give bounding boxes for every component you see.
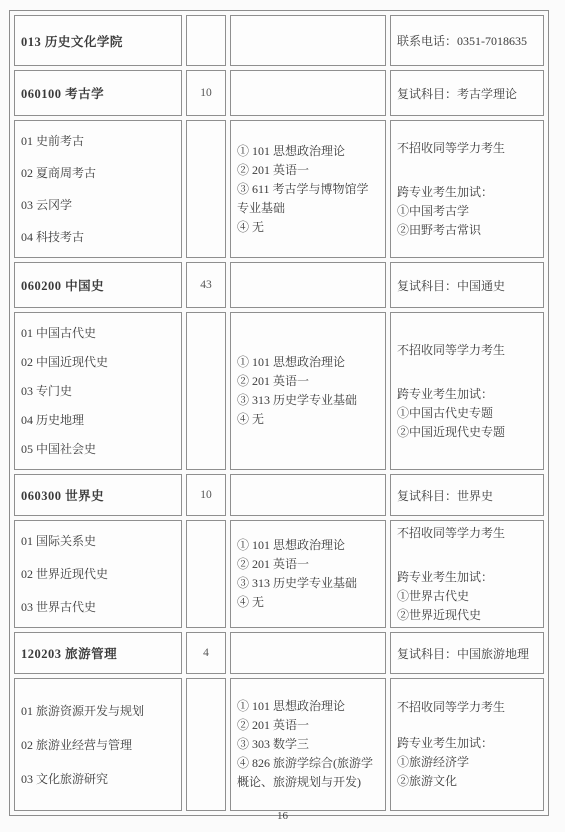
directions-row-tourism: 01 旅游资源开发与规划 02 旅游业经营与管理 03 文化旅游研究 ① 101… (14, 678, 544, 811)
admissions-table: 013 历史文化学院 联系电话：0351-7018635 060100 考古学 … (9, 10, 549, 816)
major-row-archaeology: 060100 考古学 10 复试科目：考古学理论 (14, 70, 544, 116)
empty-cell (230, 15, 386, 66)
major-title: 120203 旅游管理 (21, 647, 117, 661)
directions-row-chinese-history: 01 中国古代史 02 中国近现代史 03 专门史 04 历史地理 05 中国社… (14, 312, 544, 470)
direction-item: 03 文化旅游研究 (21, 762, 175, 796)
exam-subjects-cell: ① 101 思想政治理论 ② 201 英语一 ③ 611 考古学与博物馆学专业基… (230, 120, 386, 258)
quota-value: 43 (200, 279, 212, 291)
addtest-label: 跨专业考生加试： (397, 568, 537, 587)
direction-item: 03 世界古代史 (21, 591, 175, 624)
major-title: 060200 中国史 (21, 279, 104, 293)
exam-subject-item: ④ 826 旅游学综合(旅游学概论、旅游规划与开发) (237, 754, 379, 792)
exam-subject-item: ② 201 英语一 (237, 716, 379, 735)
retest-cell: 复试科目：中国旅游地理 (390, 632, 544, 674)
addtest-label: 跨专业考生加试： (397, 183, 537, 202)
exam-subjects-cell: ① 101 思想政治理论 ② 201 英语一 ③ 303 数学三 ④ 826 旅… (230, 678, 386, 811)
no-equivalent-note: 不招收同等学力考生 (397, 139, 537, 158)
exam-subject-item: ④ 无 (237, 593, 379, 612)
exam-subject-list: ① 101 思想政治理论 ② 201 英语一 ③ 611 考古学与博物馆学专业基… (237, 142, 379, 237)
exam-subject-item: ① 101 思想政治理论 (237, 697, 379, 716)
exam-subject-item: ③ 303 数学三 (237, 735, 379, 754)
retest-cell: 复试科目：考古学理论 (390, 70, 544, 116)
exam-subject-item: ② 201 英语一 (237, 555, 379, 574)
quota-cell: 4 (186, 632, 226, 674)
addtest-item: ①世界古代史 (397, 587, 537, 606)
exam-subject-item: ② 201 英语一 (237, 372, 379, 391)
notes-cell: 不招收同等学力考生 跨专业考生加试： ①世界古代史 ②世界近现代史 (390, 520, 544, 628)
empty-cell (186, 120, 226, 258)
no-equivalent-note: 不招收同等学力考生 (397, 341, 537, 360)
exam-subject-item: ④ 无 (237, 218, 379, 237)
addtest-item: ①中国考古学 (397, 202, 537, 221)
no-equivalent-note: 不招收同等学力考生 (397, 524, 537, 543)
retest-subject: 复试科目：中国通史 (397, 279, 505, 293)
exam-subject-item: ③ 611 考古学与博物馆学专业基础 (237, 180, 379, 218)
exam-subject-item: ② 201 英语一 (237, 161, 379, 180)
major-title: 060300 世界史 (21, 489, 104, 503)
empty-cell (186, 520, 226, 628)
retest-cell: 复试科目：世界史 (390, 474, 544, 516)
addtest-item: ①旅游经济学 (397, 753, 537, 772)
quota-cell: 10 (186, 70, 226, 116)
retest-cell: 复试科目：中国通史 (390, 262, 544, 308)
major-code-cell: 060100 考古学 (14, 70, 182, 116)
empty-cell (230, 262, 386, 308)
direction-item: 02 世界近现代史 (21, 558, 175, 591)
direction-item: 04 历史地理 (21, 406, 175, 435)
empty-cell (186, 312, 226, 470)
directions-row-archaeology: 01 史前考古 02 夏商周考古 03 云冈学 04 科技考古 ① 101 思想… (14, 120, 544, 258)
addtest-item: ②中国近现代史专题 (397, 423, 537, 442)
retest-subject: 复试科目：世界史 (397, 489, 493, 503)
exam-subject-item: ① 101 思想政治理论 (237, 142, 379, 161)
exam-subject-item: ① 101 思想政治理论 (237, 353, 379, 372)
addtest-block: 跨专业考生加试： ①世界古代史 ②世界近现代史 (397, 568, 537, 625)
direction-list: 01 中国古代史 02 中国近现代史 03 专门史 04 历史地理 05 中国社… (21, 319, 175, 464)
direction-item: 03 专门史 (21, 377, 175, 406)
direction-list: 01 旅游资源开发与规划 02 旅游业经营与管理 03 文化旅游研究 (21, 694, 175, 796)
notes-cell: 不招收同等学力考生 跨专业考生加试： ①中国考古学 ②田野考古常识 (390, 120, 544, 258)
addtest-block: 跨专业考生加试： ①中国考古学 ②田野考古常识 (397, 183, 537, 240)
exam-subjects-cell: ① 101 思想政治理论 ② 201 英语一 ③ 313 历史学专业基础 ④ 无 (230, 520, 386, 628)
empty-cell (186, 15, 226, 66)
quota-value: 4 (203, 647, 209, 659)
addtest-block: 跨专业考生加试： ①中国古代史专题 ②中国近现代史专题 (397, 385, 537, 442)
direction-item: 01 旅游资源开发与规划 (21, 694, 175, 728)
exam-subject-item: ① 101 思想政治理论 (237, 536, 379, 555)
empty-cell (230, 70, 386, 116)
retest-subject: 复试科目：中国旅游地理 (397, 647, 529, 661)
direction-list: 01 史前考古 02 夏商周考古 03 云冈学 04 科技考古 (21, 125, 175, 253)
major-row-tourism: 120203 旅游管理 4 复试科目：中国旅游地理 (14, 632, 544, 674)
college-name-cell: 013 历史文化学院 (14, 15, 182, 66)
college-header-row: 013 历史文化学院 联系电话：0351-7018635 (14, 15, 544, 66)
direction-item: 01 中国古代史 (21, 319, 175, 348)
addtest-item: ②世界近现代史 (397, 606, 537, 625)
addtest-item: ②旅游文化 (397, 772, 537, 791)
addtest-label: 跨专业考生加试： (397, 385, 537, 404)
major-code-cell: 060300 世界史 (14, 474, 182, 516)
exam-subject-list: ① 101 思想政治理论 ② 201 英语一 ③ 313 历史学专业基础 ④ 无 (237, 353, 379, 429)
page-number: 16 (0, 810, 565, 822)
retest-subject: 复试科目：考古学理论 (397, 87, 517, 101)
exam-subjects-cell: ① 101 思想政治理论 ② 201 英语一 ③ 313 历史学专业基础 ④ 无 (230, 312, 386, 470)
empty-cell (230, 632, 386, 674)
direction-list: 01 国际关系史 02 世界近现代史 03 世界古代史 (21, 525, 175, 624)
addtest-block: 跨专业考生加试： ①旅游经济学 ②旅游文化 (397, 734, 537, 791)
directions-cell: 01 国际关系史 02 世界近现代史 03 世界古代史 (14, 520, 182, 628)
exam-subject-item: ③ 313 历史学专业基础 (237, 391, 379, 410)
major-code-cell: 120203 旅游管理 (14, 632, 182, 674)
empty-cell (186, 678, 226, 811)
quota-value: 10 (200, 489, 212, 501)
exam-subject-item: ③ 313 历史学专业基础 (237, 574, 379, 593)
major-code-cell: 060200 中国史 (14, 262, 182, 308)
direction-item: 02 夏商周考古 (21, 157, 175, 189)
direction-item: 03 云冈学 (21, 189, 175, 221)
addtest-label: 跨专业考生加试： (397, 734, 537, 753)
major-row-chinese-history: 060200 中国史 43 复试科目：中国通史 (14, 262, 544, 308)
empty-cell (230, 474, 386, 516)
no-equivalent-note: 不招收同等学力考生 (397, 698, 537, 717)
direction-item: 01 史前考古 (21, 125, 175, 157)
quota-cell: 43 (186, 262, 226, 308)
direction-item: 02 旅游业经营与管理 (21, 728, 175, 762)
notes-cell: 不招收同等学力考生 跨专业考生加试： ①旅游经济学 ②旅游文化 (390, 678, 544, 811)
direction-item: 04 科技考古 (21, 221, 175, 253)
major-title: 060100 考古学 (21, 87, 104, 101)
college-name: 013 历史文化学院 (21, 35, 123, 49)
addtest-item: ②田野考古常识 (397, 221, 537, 240)
contact-phone: 联系电话：0351-7018635 (397, 34, 527, 48)
exam-subject-list: ① 101 思想政治理论 ② 201 英语一 ③ 303 数学三 ④ 826 旅… (237, 697, 379, 792)
direction-item: 01 国际关系史 (21, 525, 175, 558)
direction-item: 05 中国社会史 (21, 435, 175, 464)
exam-subject-item: ④ 无 (237, 410, 379, 429)
exam-subject-list: ① 101 思想政治理论 ② 201 英语一 ③ 313 历史学专业基础 ④ 无 (237, 536, 379, 612)
directions-cell: 01 中国古代史 02 中国近现代史 03 专门史 04 历史地理 05 中国社… (14, 312, 182, 470)
quota-value: 10 (200, 87, 212, 99)
addtest-item: ①中国古代史专题 (397, 404, 537, 423)
directions-cell: 01 史前考古 02 夏商周考古 03 云冈学 04 科技考古 (14, 120, 182, 258)
quota-cell: 10 (186, 474, 226, 516)
notes-cell: 不招收同等学力考生 跨专业考生加试： ①中国古代史专题 ②中国近现代史专题 (390, 312, 544, 470)
directions-cell: 01 旅游资源开发与规划 02 旅游业经营与管理 03 文化旅游研究 (14, 678, 182, 811)
direction-item: 02 中国近现代史 (21, 348, 175, 377)
contact-cell: 联系电话：0351-7018635 (390, 15, 544, 66)
major-row-world-history: 060300 世界史 10 复试科目：世界史 (14, 474, 544, 516)
directions-row-world-history: 01 国际关系史 02 世界近现代史 03 世界古代史 ① 101 思想政治理论… (14, 520, 544, 628)
